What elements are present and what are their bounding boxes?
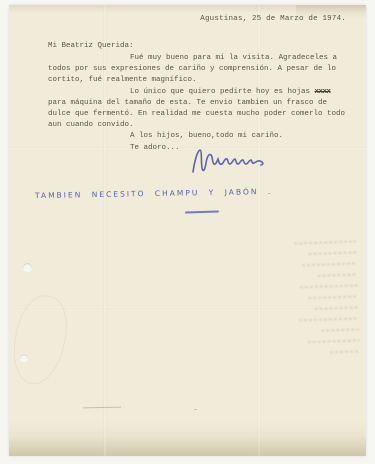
letter-paper: Agustinas, 25 de Marzo de 1974. Mi Beatr… xyxy=(9,5,366,456)
letter-line: cortito, fué realmente magnífico. xyxy=(48,75,350,86)
bleed-through-text xyxy=(264,231,360,356)
letter-body: Fué muy bueno para mi la visita. Agradec… xyxy=(48,53,350,154)
bleed-line xyxy=(294,240,356,244)
letter-line: para máquina del tamaño de esta. Te envi… xyxy=(48,98,350,109)
pen-underline xyxy=(185,210,219,213)
bleed-line xyxy=(299,317,359,321)
pencil-speck xyxy=(194,409,197,410)
letter-line: aun cuando convido. xyxy=(48,120,350,131)
date-line: Agustinas, 25 de Marzo de 1974. xyxy=(200,15,346,23)
letter-line: dulce que fermentó. En realidad me cuest… xyxy=(48,109,350,120)
bleed-line xyxy=(330,350,360,353)
bleed-line xyxy=(314,306,358,310)
bleed-line xyxy=(300,284,358,288)
letter-line: Lo único que quiero pedirte hoy es hojas… xyxy=(48,87,350,98)
signature: Mamina xyxy=(189,145,275,181)
salutation: Mi Beatriz Querida: xyxy=(48,42,134,50)
bleed-line xyxy=(308,339,360,343)
bleed-line xyxy=(308,295,358,299)
handwritten-postscript: TAMBIEN NECESITO CHAMPU Y JABÓN . xyxy=(35,187,272,200)
bleed-line xyxy=(309,251,357,255)
letter-line: A los hijos, bueno,todo mi cariño. xyxy=(48,131,350,142)
bleed-line xyxy=(302,262,357,266)
letter-line: Fué muy bueno para mi la visita. Agradec… xyxy=(48,53,350,64)
signature-ink xyxy=(189,145,275,181)
letter-line: todos por sus expresiones de cariño y co… xyxy=(48,64,350,75)
hole-punch-top xyxy=(23,263,32,272)
struck-out-text: xxxx xyxy=(315,88,331,96)
faint-scribble xyxy=(8,291,73,388)
pencil-mark xyxy=(83,407,121,409)
bleed-line xyxy=(321,328,359,331)
bleed-line xyxy=(317,273,357,276)
